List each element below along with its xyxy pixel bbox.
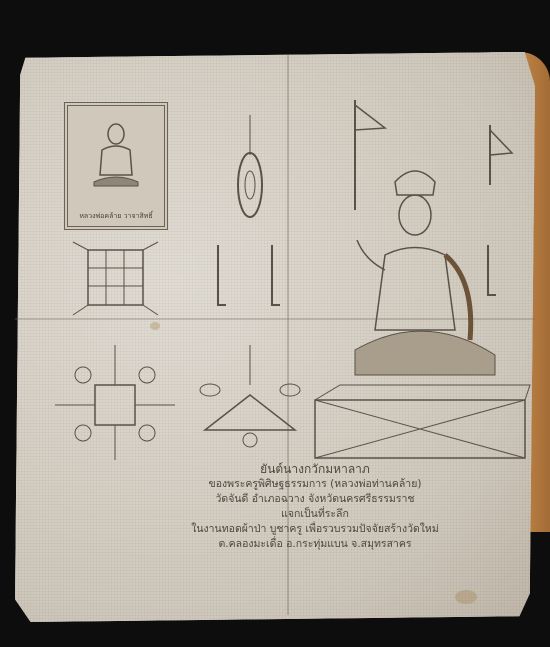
sacred-script-symbols [200, 115, 300, 320]
inscription-line: วัดจันดี อำเภอฉวาง จังหวัดนครศรีธรรมราช [150, 492, 480, 507]
inscription-line: ต.คลองมะเดื่อ อ.กระทุ่มแบน จ.สมุทรสาคร [150, 537, 480, 552]
triangle-yant-diagram [195, 345, 305, 455]
seated-monk-icon [92, 120, 140, 190]
stain [455, 590, 477, 604]
inscription-line: ในงานทอดผ้าป่า บูชาครู เพื่อรวบรวมปัจจัย… [150, 522, 480, 537]
inscription-title: ยันต์นางกวักมหาลาภ [150, 462, 480, 477]
portrait-caption: หลวงพ่อคล้าย วาจาสิทธิ์ [74, 211, 158, 222]
nang-kwak-figure [345, 160, 505, 385]
cross-yant-diagram [55, 345, 175, 460]
monk-portrait: หลวงพ่อคล้าย วาจาสิทธิ์ [64, 102, 168, 230]
yant-grid-diagram [68, 240, 163, 320]
inscription-line: ของพระครูพิศิษฐธรรมการ (หลวงพ่อท่านคล้าย… [150, 477, 480, 492]
inscription-line: แจกเป็นที่ระลึก [150, 507, 480, 522]
stain [150, 322, 160, 330]
inscription-block: ยันต์นางกวักมหาลาภ ของพระครูพิศิษฐธรรมกา… [150, 462, 480, 552]
pedestal-box [310, 380, 535, 465]
